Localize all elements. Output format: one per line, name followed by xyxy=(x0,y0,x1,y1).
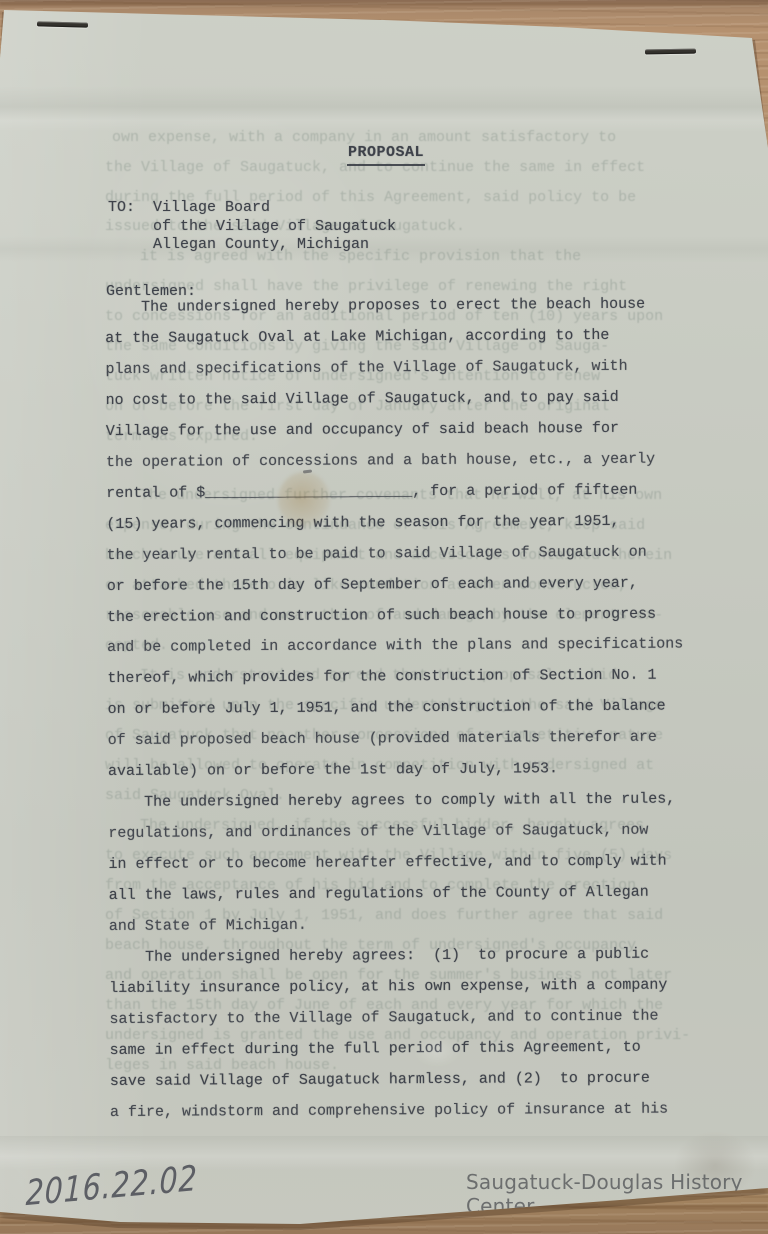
paper-glare xyxy=(405,1030,469,1072)
document-line: (15) years, commencing with the season f… xyxy=(106,506,682,540)
document-line: available) on or before the 1st day of J… xyxy=(108,754,684,788)
document-line: a fire, windstorm and comprehensive poli… xyxy=(110,1094,686,1128)
document-line: and State of Michigan. xyxy=(109,909,685,943)
document-line: no cost to the said Village of Saugatuck… xyxy=(106,382,682,416)
document-line: or before the 15th day of September of e… xyxy=(107,568,683,602)
document-line: plans and specifications of the Village … xyxy=(105,351,681,385)
document-line: thereof, which provides for the construc… xyxy=(107,661,683,695)
document-line: and be completed in accordance with the … xyxy=(107,630,683,664)
addressee-block: TO: Village Board of the Village of Saug… xyxy=(108,199,396,255)
document-line: the operation of concessions and a bath … xyxy=(106,444,682,478)
document-line: liability insurance policy, at his own e… xyxy=(109,970,685,1004)
document-line: of said proposed beach house (provided m… xyxy=(108,723,684,757)
photo-scene: own expense, with a company in an amount… xyxy=(0,0,768,1234)
addressee-line: TO: Village Board xyxy=(108,199,396,218)
staple-icon xyxy=(645,49,696,55)
document-line: Village for the use and occupancy of sai… xyxy=(106,413,682,447)
document-line: save said Village of Saugatuck harmless,… xyxy=(110,1063,686,1097)
document-body: The undersigned hereby proposes to erect… xyxy=(105,289,686,1128)
addressee-line: Allegan County, Michigan xyxy=(108,236,396,255)
document-line: rental of $_______________________, for … xyxy=(106,475,682,509)
document-line: in effect or to become hereafter effecti… xyxy=(108,847,684,881)
document-line: on or before July 1, 1951, and the const… xyxy=(107,692,683,726)
document-line: The undersigned hereby proposes to erect… xyxy=(105,289,681,323)
document-line: at the Saugatuck Oval at Lake Michigan, … xyxy=(105,320,681,354)
addressee-line: of the Village of Saugatuck xyxy=(108,218,396,237)
document-line: the yearly rental to be paid to said Vil… xyxy=(107,537,683,571)
paper-stain xyxy=(278,472,330,528)
document-line: The undersigned hereby agrees to comply … xyxy=(108,785,684,819)
document-line: satisfactory to the Village of Saugatuck… xyxy=(109,1001,685,1035)
document-line: regulations, and ordinances of the Villa… xyxy=(108,816,684,850)
document-page: own expense, with a company in an amount… xyxy=(0,0,768,1234)
wood-grain-streak xyxy=(0,3,768,5)
document-title: PROPOSAL xyxy=(347,144,425,166)
document-line: same in effect during the full period of… xyxy=(110,1032,686,1066)
document-line: the erection and construction of such be… xyxy=(107,599,683,633)
document-line: The undersigned hereby agrees: (1) to pr… xyxy=(109,939,685,973)
bleed-through-line: own expense, with a company in an amount… xyxy=(112,130,616,145)
document-line: all the laws, rules and regulations of t… xyxy=(109,878,685,912)
